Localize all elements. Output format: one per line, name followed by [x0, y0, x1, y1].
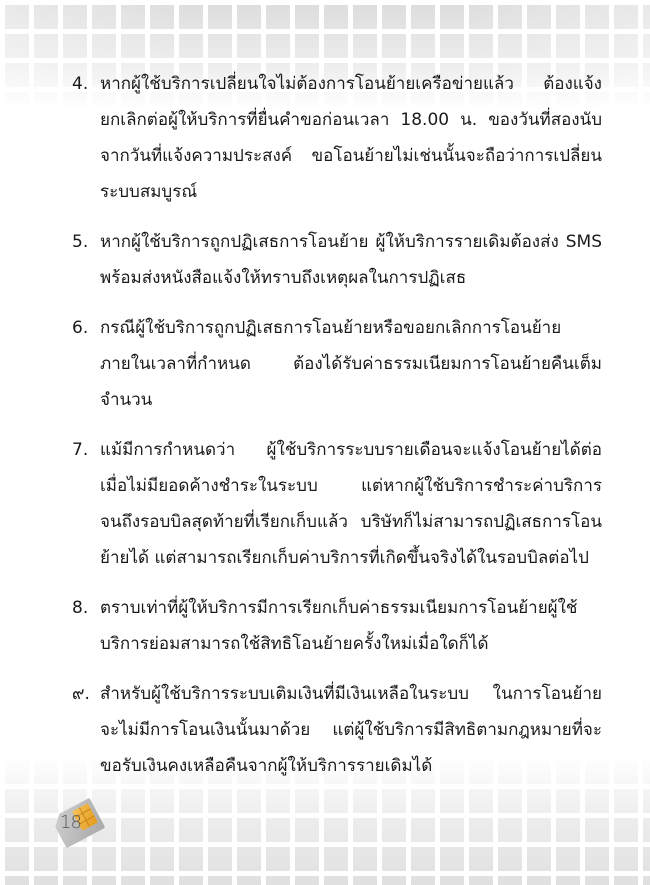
list-item-4: 4. หากผู้ใช้บริการเปลี่ยนใจไม่ต้องการโอน…: [72, 66, 602, 210]
document-body: 4. หากผู้ใช้บริการเปลี่ยนใจไม่ต้องการโอน…: [72, 66, 602, 798]
list-item-6: 6. กรณีผู้ใช้บริการถูกปฏิเสธการโอนย้ายหร…: [72, 310, 602, 418]
item-text: ตราบเท่าที่ผู้ให้บริการมีการเรียกเก็บค่า…: [100, 590, 602, 662]
item-number: ๙.: [72, 676, 100, 784]
item-number: 4.: [72, 66, 100, 210]
item-text: กรณีผู้ใช้บริการถูกปฏิเสธการโอนย้ายหรือข…: [100, 310, 602, 418]
list-item-8: 8. ตราบเท่าที่ผู้ให้บริการมีการเรียกเก็บ…: [72, 590, 602, 662]
item-text: หากผู้ใช้บริการถูกปฏิเสธการโอนย้าย ผู้ให…: [100, 224, 602, 296]
item-text: สำหรับผู้ใช้บริการระบบเติมเงินที่มีเงินเ…: [100, 676, 602, 784]
item-text: หากผู้ใช้บริการเปลี่ยนใจไม่ต้องการโอนย้า…: [100, 66, 602, 210]
item-number: 5.: [72, 224, 100, 296]
list-item-9: ๙. สำหรับผู้ใช้บริการระบบเติมเงินที่มีเง…: [72, 676, 602, 784]
list-item-7: 7. แม้มีการกำหนดว่า ผู้ใช้บริการระบบรายเ…: [72, 432, 602, 576]
item-text: แม้มีการกำหนดว่า ผู้ใช้บริการระบบรายเดือ…: [100, 432, 602, 576]
item-number: 8.: [72, 590, 100, 662]
item-number: 7.: [72, 432, 100, 576]
list-item-5: 5. หากผู้ใช้บริการถูกปฏิเสธการโอนย้าย ผู…: [72, 224, 602, 296]
item-number: 6.: [72, 310, 100, 418]
page-number: 18: [60, 812, 81, 833]
